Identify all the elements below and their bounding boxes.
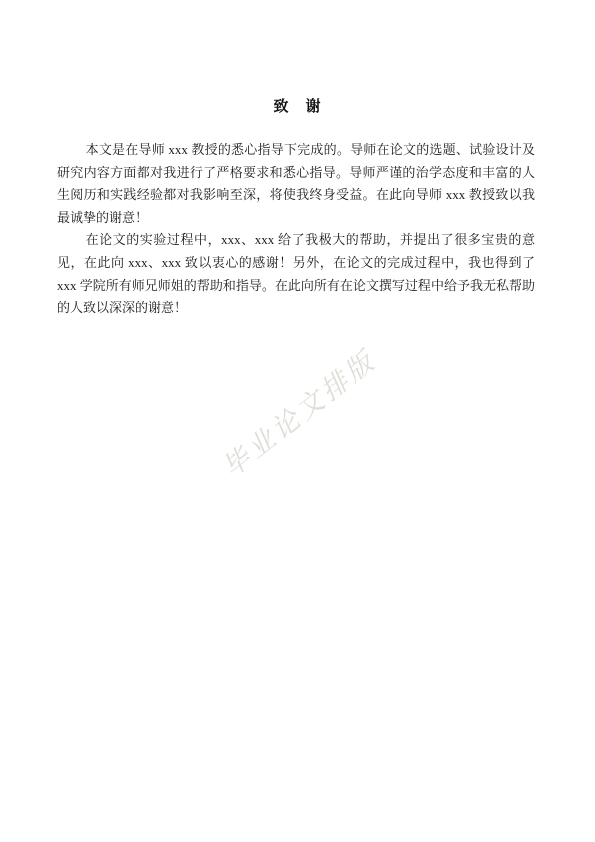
acknowledgement-paragraph: 在论文的实验过程中，xxx、xxx 给了我极大的帮助，并提出了很多宝贵的意见，在… (57, 229, 535, 319)
watermark: 毕业论文排版 (212, 339, 383, 484)
acknowledgement-paragraph: 本文是在导师 xxx 教授的悉心指导下完成的。导师在论文的选题、试验设计及研究内… (57, 139, 535, 229)
acknowledgement-body: 本文是在导师 xxx 教授的悉心指导下完成的。导师在论文的选题、试验设计及研究内… (57, 139, 535, 320)
document-page: 致 谢 本文是在导师 xxx 教授的悉心指导下完成的。导师在论文的选题、试验设计… (0, 0, 595, 842)
page-title: 致 谢 (0, 95, 595, 116)
